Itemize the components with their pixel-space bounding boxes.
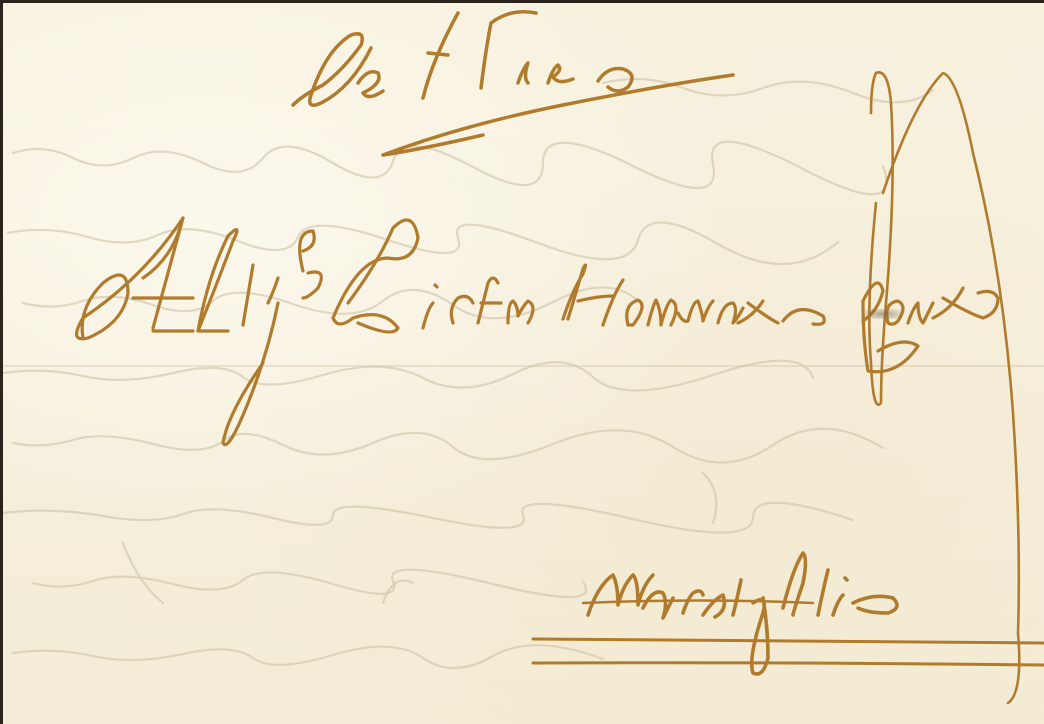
address-line: Al Sig.r Pietro Honwax Roux [78, 243, 920, 311]
destination-line: Marsiglia [583, 548, 852, 613]
origin-line: De Nice [293, 33, 537, 103]
transcription-layer: De Nice Al Sig.r Pietro Honwax Roux Mars… [3, 3, 1044, 724]
letter-sheet: De Nice Al Sig.r Pietro Honwax Roux Mars… [3, 3, 1044, 724]
